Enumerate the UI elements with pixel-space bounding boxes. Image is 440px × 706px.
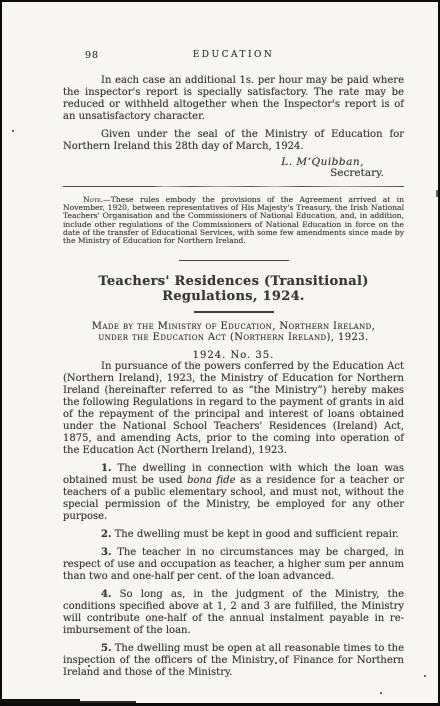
running-header-title: EDUCATION bbox=[63, 50, 404, 60]
footnote: Note.—These rules embody the provisions … bbox=[63, 196, 404, 245]
regulation-3: 3. The teacher in no circumstances may b… bbox=[63, 547, 404, 583]
footnote-text: —These rules embody the provisions of th… bbox=[63, 195, 404, 245]
statutory-number: 1924. No. 35. bbox=[63, 350, 404, 361]
scan-speck bbox=[380, 692, 382, 694]
scan-speck bbox=[12, 130, 14, 132]
scan-artifact-bar bbox=[80, 701, 136, 703]
paragraph-given-under-seal: Given under the seal of the Ministry of … bbox=[63, 129, 404, 153]
regulation-2-number: 2. bbox=[101, 529, 111, 540]
section-divider-rule bbox=[179, 260, 289, 261]
made-by-statement: Made by the Ministry of Education, North… bbox=[63, 321, 404, 344]
document-title: Teachers' Residences (Transitional) Regu… bbox=[63, 274, 404, 304]
scan-artifact-bar bbox=[2, 699, 80, 703]
scan-speck bbox=[438, 592, 440, 598]
opening-paragraph: In pursuance of the powers conferred by … bbox=[63, 361, 404, 457]
regulation-3-text: The teacher in no circumstances may be c… bbox=[63, 547, 404, 582]
horizontal-rule bbox=[63, 186, 404, 187]
regulation-4-text: So long as, in the judgment of the Minis… bbox=[63, 589, 404, 636]
regulation-3-number: 3. bbox=[101, 547, 111, 558]
paragraph-hourly-rate: In each case an additional 1s. per hour … bbox=[63, 75, 404, 123]
regulation-5: 5. The dwelling must be open at all reas… bbox=[63, 643, 404, 679]
regulation-4-number: 4. bbox=[101, 589, 111, 600]
regulation-2: 2. The dwelling must be kept in good and… bbox=[63, 529, 404, 541]
scan-speck bbox=[436, 190, 438, 197]
scan-artifact-bar bbox=[169, 703, 216, 705]
title-underline-rule bbox=[194, 311, 274, 313]
scan-speck bbox=[88, 665, 90, 667]
regulation-1-number: 1. bbox=[101, 463, 111, 474]
made-by-line-1: Made by the Ministry of Education, North… bbox=[63, 321, 404, 333]
scanned-document-page: 98 EDUCATION In each case an additional … bbox=[0, 0, 440, 706]
signature-block: L. M‘Quibban, Secretary. bbox=[63, 157, 404, 179]
scan-speck bbox=[275, 662, 277, 664]
regulation-5-number: 5. bbox=[101, 643, 111, 654]
scan-speck bbox=[424, 675, 426, 677]
regulation-2-text: The dwelling must be kept in good and su… bbox=[111, 529, 398, 540]
made-by-line-2: under the Education Act (Northern Irelan… bbox=[63, 332, 404, 344]
regulation-4: 4. So long as, in the judgment of the Mi… bbox=[63, 589, 404, 637]
signature-title: Secretary. bbox=[63, 168, 404, 179]
regulation-1: 1. The dwelling in connection with which… bbox=[63, 463, 404, 523]
regulation-5-text: The dwelling must be open at all reasona… bbox=[63, 643, 404, 678]
running-header: 98 EDUCATION bbox=[63, 50, 404, 62]
regulation-1-italic-text: bona fide bbox=[187, 475, 235, 486]
